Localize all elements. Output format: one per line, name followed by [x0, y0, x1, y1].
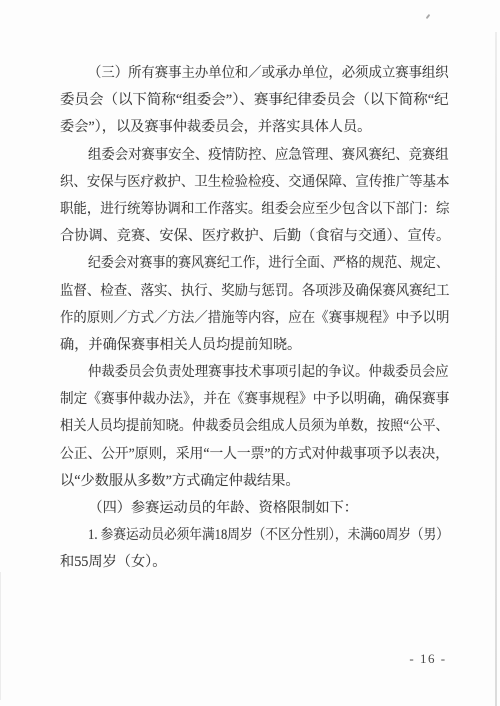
paragraph: （三）所有赛事主办单位和／或承办单位，必须成立赛事组织委员会（以下简称“组委会”… [60, 60, 449, 142]
text-line-content: 委会”），以及赛事仲裁委员会，并落实具体人员。 [60, 114, 371, 141]
text-line-content: 制定《赛事仲裁办法》，并在《赛事规程》中予以明确，确保赛事 [60, 386, 449, 413]
text-line-content: 仲裁委员会负责处理赛事技术事项引起的争议。仲裁委员会应 [88, 359, 449, 386]
document-body: （三）所有赛事主办单位和／或承办单位，必须成立赛事组织委员会（以下简称“组委会”… [60, 60, 449, 577]
text-line-content: 相关人员均提前知晓。仲裁委员会组成人员须为单数，按照“公平、 [60, 413, 449, 440]
paragraph: 纪委会对赛事的赛风赛纪工作，进行全面、严格的规范、规定、监督、检查、落实、执行、… [60, 250, 449, 359]
text-line-content: 作的原则／方式／方法／措施等内容，应在《赛事规程》中予以明 [60, 305, 449, 332]
scan-edge-right-line [495, 32, 497, 706]
text-line: 以“少数服从多数”方式确定仲裁结果。 [60, 468, 449, 495]
text-line: 委会”），以及赛事仲裁委员会，并落实具体人员。 [60, 114, 449, 141]
text-line: 合协调、竞赛、安保、医疗救护、后勤（食宿与交通）、宣传。 [60, 223, 449, 250]
text-line: 作的原则／方式／方法／措施等内容，应在《赛事规程》中予以明 [60, 305, 449, 332]
paragraph: 组委会对赛事安全、疫情防控、应急管理、赛风赛纪、竞赛组织、安保与医疗救护、卫生检… [60, 142, 449, 251]
text-line: 纪委会对赛事的赛风赛纪工作，进行全面、严格的规范、规定、 [60, 250, 449, 277]
text-line: 1. 参赛运动员必须年满18周岁（不区分性别），未满60周岁（男） [60, 522, 449, 549]
page-number: - 16 - [394, 650, 462, 668]
text-line: 委员会（以下简称“组委会”）、赛事纪律委员会（以下简称“纪 [60, 87, 449, 114]
text-line-content: （四）参赛运动员的年龄、资格限制如下： [88, 495, 358, 522]
text-line: 职能，进行统筹协调和工作落实。组委会应至少包含以下部门：综 [60, 196, 449, 223]
text-line: 公正、公开”原则，采用“一人一票”的方式对仲裁事项予以表决， [60, 441, 449, 468]
text-line-content: 公正、公开”原则，采用“一人一票”的方式对仲裁事项予以表决， [60, 441, 449, 468]
text-line-content: 纪委会对赛事的赛风赛纪工作，进行全面、严格的规范、规定、 [88, 250, 449, 277]
text-line: 确，并确保赛事相关人员均提前知晓。 [60, 332, 449, 359]
text-line-content: 以“少数服从多数”方式确定仲裁结果。 [60, 468, 300, 495]
text-line: 仲裁委员会负责处理赛事技术事项引起的争议。仲裁委员会应 [60, 359, 449, 386]
text-line-content: 织、安保与医疗救护、卫生检验检疫、交通保障、宣传推广等基本 [60, 169, 449, 196]
text-line: 和55周岁（女）。 [60, 549, 449, 576]
text-line: （四）参赛运动员的年龄、资格限制如下： [60, 495, 449, 522]
text-line: 制定《赛事仲裁办法》，并在《赛事规程》中予以明确，确保赛事 [60, 386, 449, 413]
scan-edge-left-line [0, 572, 1, 700]
text-line-content: 合协调、竞赛、安保、医疗救护、后勤（食宿与交通）、宣传。 [60, 223, 450, 250]
text-line-content: 委员会（以下简称“组委会”）、赛事纪律委员会（以下简称“纪 [60, 87, 449, 114]
paragraph: 仲裁委员会负责处理赛事技术事项引起的争议。仲裁委员会应制定《赛事仲裁办法》，并在… [60, 359, 449, 495]
text-line-content: 1. 参赛运动员必须年满18周岁（不区分性别），未满60周岁（男） [88, 522, 449, 549]
document-page: （三）所有赛事主办单位和／或承办单位，必须成立赛事组织委员会（以下简称“组委会”… [0, 0, 500, 706]
text-line: 监督、检查、落实、执行、奖励与惩罚。各项涉及确保赛风赛纪工 [60, 278, 449, 305]
text-line: 组委会对赛事安全、疫情防控、应急管理、赛风赛纪、竞赛组 [60, 142, 449, 169]
text-line-content: 确，并确保赛事相关人员均提前知晓。 [60, 332, 301, 359]
text-line-content: 监督、检查、落实、执行、奖励与惩罚。各项涉及确保赛风赛纪工 [60, 278, 449, 305]
scan-speck-artifact [426, 14, 431, 19]
paragraph: 1. 参赛运动员必须年满18周岁（不区分性别），未满60周岁（男）和55周岁（女… [60, 522, 449, 576]
text-line: 织、安保与医疗救护、卫生检验检疫、交通保障、宣传推广等基本 [60, 169, 449, 196]
paragraph: （四）参赛运动员的年龄、资格限制如下： [60, 495, 449, 522]
text-line-content: 和55周岁（女）。 [60, 549, 166, 576]
text-line-content: （三）所有赛事主办单位和／或承办单位，必须成立赛事组织 [88, 60, 449, 87]
text-line-content: 职能，进行统筹协调和工作落实。组委会应至少包含以下部门：综 [60, 196, 449, 223]
text-line: 相关人员均提前知晓。仲裁委员会组成人员须为单数，按照“公平、 [60, 413, 449, 440]
text-line: （三）所有赛事主办单位和／或承办单位，必须成立赛事组织 [60, 60, 449, 87]
text-line-content: 组委会对赛事安全、疫情防控、应急管理、赛风赛纪、竞赛组 [88, 142, 449, 169]
